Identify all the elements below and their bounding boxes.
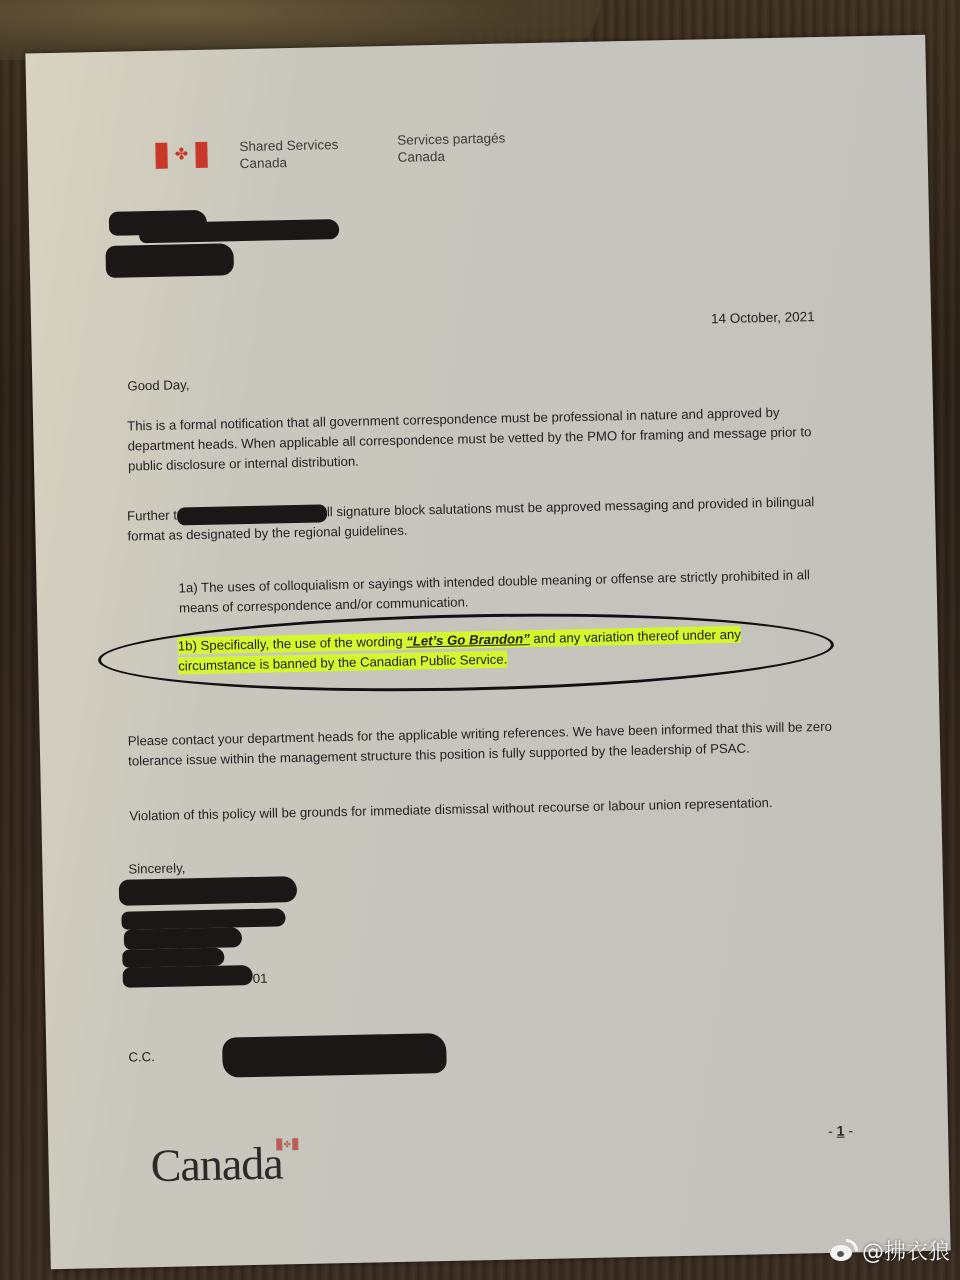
redaction-signature-4 — [122, 948, 224, 968]
department-fr-line1: Services partagés — [397, 130, 505, 149]
p2-prefix: Further t — [127, 507, 177, 523]
department-fr-line2: Canada — [397, 147, 505, 166]
redaction-cc — [222, 1033, 447, 1078]
closing-sincerely: Sincerely, — [128, 858, 185, 879]
weibo-icon — [828, 1239, 858, 1263]
paragraph-notification: This is a formal notification that all g… — [127, 402, 828, 477]
department-name-en: Shared Services Canada — [239, 136, 339, 172]
paragraph-violation: Violation of this policy will be grounds… — [129, 791, 849, 826]
weibo-watermark: @拂衣狼 — [828, 1235, 950, 1266]
banned-phrase: “Let’s Go Brandon” — [406, 631, 530, 649]
page-suffix: - — [844, 1122, 853, 1138]
letter-page: ✤ Shared Services Canada Services partag… — [25, 35, 950, 1270]
circled-item-1b: 1b) Specifically, the use of the wording… — [97, 607, 839, 704]
redaction-signature-1 — [119, 876, 298, 906]
redaction-recipient-2 — [139, 219, 339, 243]
paragraph-signature-block: Further tll signature block salutations … — [127, 492, 828, 547]
department-en-line2: Canada — [240, 153, 339, 172]
signature-visible-suffix: 01 — [253, 969, 268, 989]
redaction-signature-5 — [123, 965, 253, 988]
page-prefix: - — [828, 1123, 837, 1139]
item-1b-prefix: 1b) Specifically, the use of the wording — [178, 634, 407, 654]
paragraph-contact: Please contact your department heads for… — [128, 716, 849, 771]
page-number: - 1 - — [828, 1122, 853, 1139]
redaction-inline — [177, 504, 327, 525]
letter-date: 14 October, 2021 — [711, 307, 815, 329]
redaction-signature-2 — [121, 908, 285, 929]
canada-flag-icon: ✤ — [155, 142, 208, 169]
redaction-signature-3 — [124, 927, 242, 949]
cc-label: C.C. — [128, 1047, 155, 1068]
department-en-line1: Shared Services — [239, 136, 338, 155]
greeting: Good Day, — [127, 375, 189, 396]
redaction-recipient-3 — [105, 243, 234, 278]
watermark-handle: @拂衣狼 — [862, 1235, 950, 1266]
canada-wordmark: Canada — [150, 1136, 283, 1192]
department-name-fr: Services partagés Canada — [397, 130, 506, 166]
wordmark-flag-icon: ✤ — [276, 1138, 298, 1150]
